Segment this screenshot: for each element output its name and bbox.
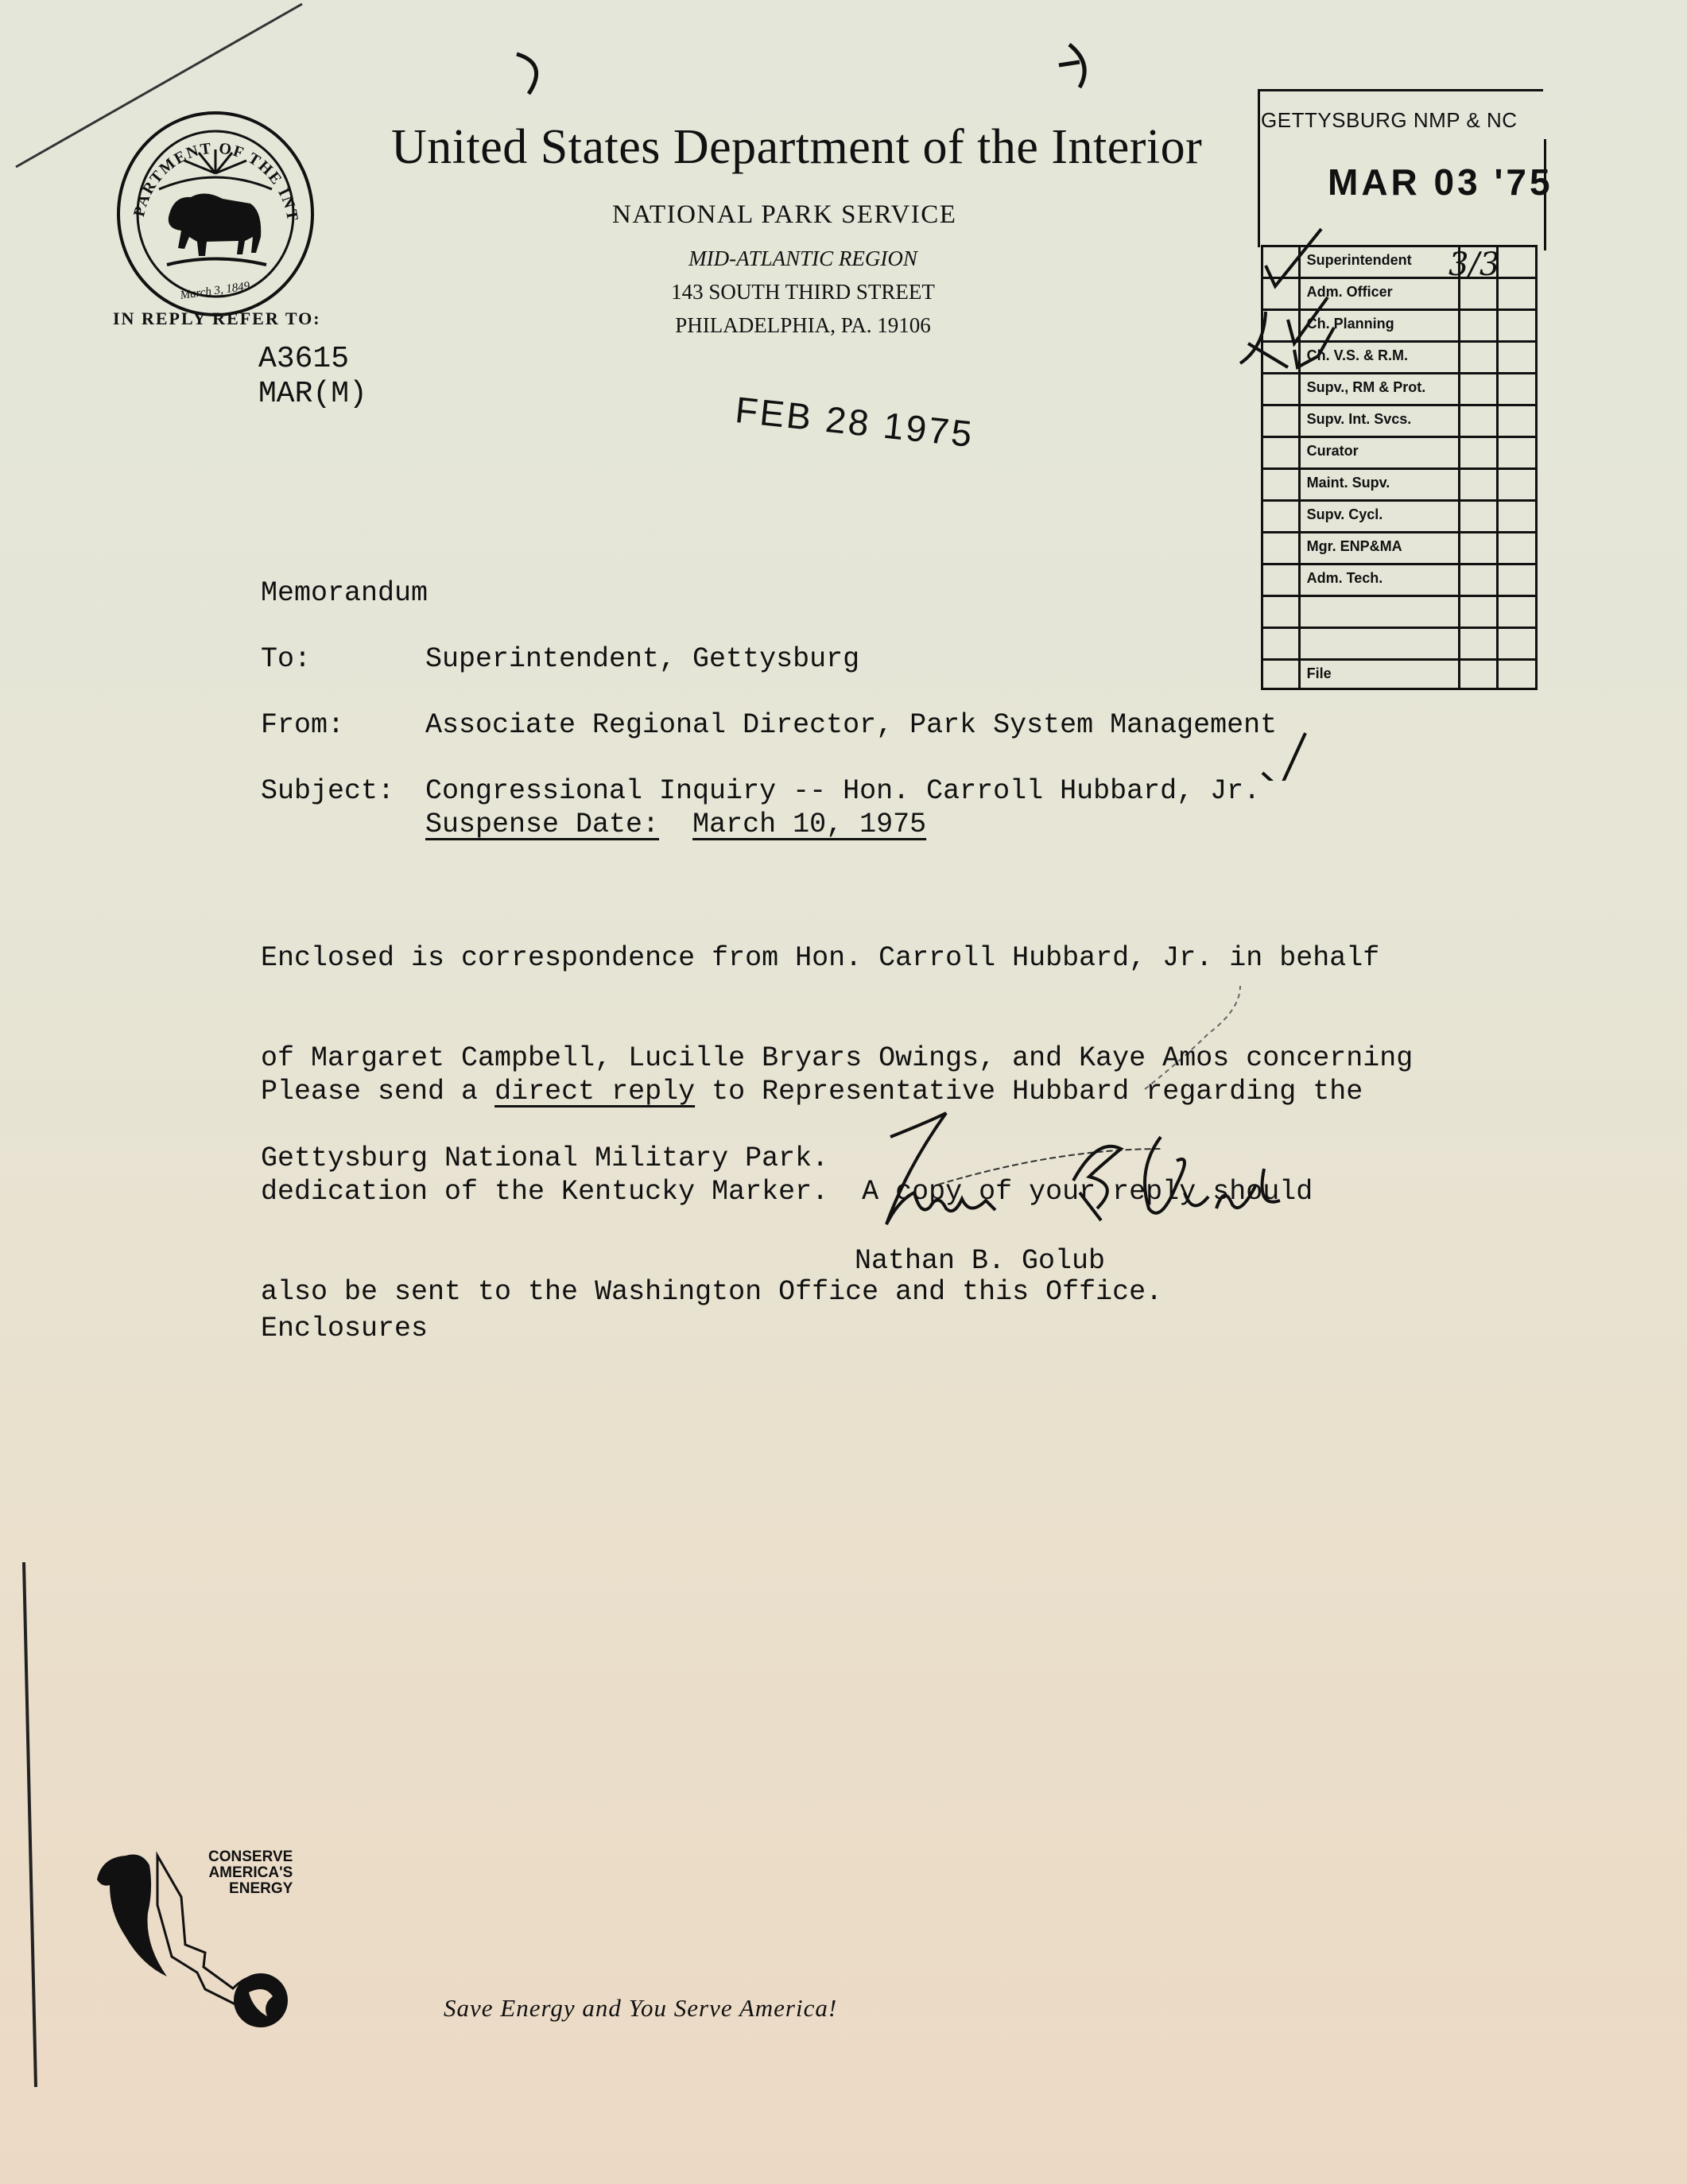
- region-name: MID-ATLANTIC REGION: [564, 246, 1041, 271]
- received-date: MAR 03 '75: [1328, 161, 1553, 204]
- body-line: also be sent to the Washington Office an…: [261, 1275, 1363, 1309]
- suspense-line: Suspense Date: March 10, 1975: [425, 808, 926, 841]
- routing-initial-cell: [1458, 406, 1497, 436]
- routing-initial-cell: [1458, 438, 1497, 467]
- routing-initial-cell: [1458, 311, 1497, 340]
- routing-initial-cell: [1458, 502, 1497, 531]
- agency-name: NATIONAL PARK SERVICE: [612, 200, 956, 230]
- svg-text:March 3, 1849: March 3, 1849: [179, 280, 251, 302]
- routing-initial-cell: [1458, 629, 1497, 658]
- reference-office: MAR(M): [258, 377, 367, 411]
- routing-initial-cell: [1458, 597, 1497, 626]
- routing-initial-cell: [1458, 343, 1497, 372]
- routing-date-cell: [1496, 533, 1538, 563]
- routing-date-cell: [1496, 438, 1538, 467]
- enclosures-note: Enclosures: [261, 1312, 428, 1345]
- routing-initial-cell: [1458, 470, 1497, 499]
- routing-date-cell: [1496, 502, 1538, 531]
- body-line: Please send a direct reply to Representa…: [261, 1075, 1363, 1108]
- to-value: Superintendent, Gettysburg: [425, 642, 859, 676]
- routing-header: GETTYSBURG NMP & NC: [1261, 108, 1518, 133]
- department-title: United States Department of the Interior: [391, 119, 1202, 176]
- routing-initial-cell: [1458, 279, 1497, 308]
- routing-date-cell: [1496, 597, 1538, 626]
- from-value: Associate Regional Director, Park System…: [425, 708, 1277, 742]
- routing-date-cell: [1496, 343, 1538, 372]
- memo-heading: Memorandum: [261, 576, 428, 610]
- routing-date-cell: [1496, 247, 1538, 277]
- city-address: PHILADELPHIA, PA. 19106: [564, 313, 1041, 338]
- routing-initial-cell: [1458, 533, 1497, 563]
- routing-date-cell: [1496, 470, 1538, 499]
- signature: [859, 1105, 1336, 1248]
- body-line: Enclosed is correspondence from Hon. Car…: [261, 941, 1413, 975]
- routing-date-cell: [1496, 629, 1538, 658]
- check-marks: [1208, 208, 1336, 781]
- routing-stamp: GETTYSBURG NMP & NC MAR 03 '75 Superinte…: [1240, 89, 1550, 717]
- to-label: To:: [261, 642, 311, 676]
- subject-value: Congressional Inquiry -- Hon. Carroll Hu…: [425, 774, 1260, 808]
- logo-text: CONSERVE AMERICA'S ENERGY: [208, 1849, 293, 1897]
- routing-date-cell: [1496, 406, 1538, 436]
- routing-date-cell: [1496, 311, 1538, 340]
- suspense-date: March 10, 1975: [692, 809, 926, 840]
- direct-reply-emphasis: direct reply: [494, 1076, 695, 1108]
- routing-date-cell: [1496, 279, 1538, 308]
- routing-initial-cell: [1458, 374, 1497, 404]
- routing-date-cell: [1496, 565, 1538, 595]
- suspense-label: Suspense Date:: [425, 809, 659, 840]
- footer-tagline: Save Energy and You Serve America!: [444, 1994, 837, 2023]
- routing-date-cell: [1496, 374, 1538, 404]
- reference-code: A3615: [258, 342, 349, 376]
- subject-label: Subject:: [261, 774, 394, 808]
- interior-department-seal: U.S. DEPARTMENT OF THE INTERIOR March 3,…: [111, 110, 320, 318]
- signer-name: Nathan B. Golub: [855, 1244, 1105, 1278]
- reply-refer-label: IN REPLY REFER TO:: [113, 308, 321, 329]
- handwritten-note: 3/3: [1448, 246, 1499, 283]
- from-label: From:: [261, 708, 344, 742]
- routing-initial-cell: [1458, 565, 1497, 595]
- routing-initial-cell: [1458, 661, 1497, 688]
- routing-date-cell: [1496, 661, 1538, 688]
- street-address: 143 SOUTH THIRD STREET: [564, 280, 1041, 305]
